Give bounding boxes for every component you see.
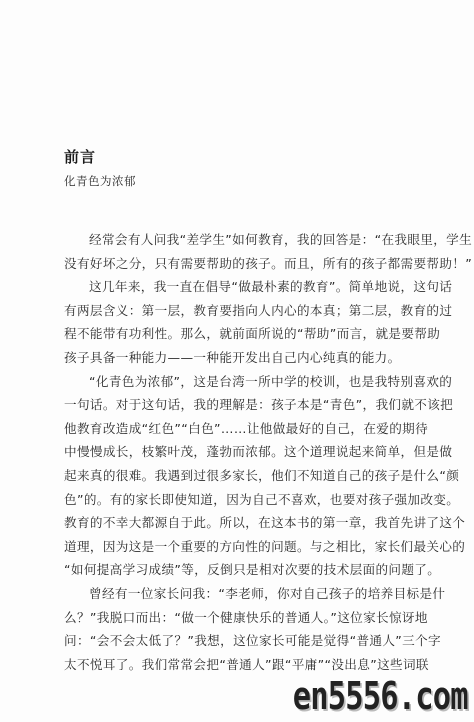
body-text: 经常会有人问我“差学生”如何教育，我的回答是：“在我眼里，学生没有好坏之分，只有… — [64, 228, 440, 676]
text-line: 色”的。有的家长即使知道，因为自己不喜欢，也要对孩子强加改变。 — [64, 488, 440, 512]
text-line: 道理，因为这是一个重要的方向性的问题。与之相比，家长们最关心的 — [64, 535, 440, 559]
text-line: 没有好坏之分，只有需要帮助的孩子。而且，所有的孩子都需要帮助！” — [64, 252, 440, 276]
watermark: en5556.com — [293, 674, 468, 718]
page-title: 前言 — [64, 146, 96, 167]
text-line: 曾经有一位家长问我：“李老师，你对自己孩子的培养目标是什 — [64, 582, 440, 606]
text-line: 一句话。对于这句话，我的理解是：孩子本是“青色”，我们就不该把 — [64, 393, 440, 417]
text-line: “如何提高学习成绩”等，反倒只是相对次要的技术层面的问题了。 — [64, 558, 440, 582]
text-line: 教育的不幸大都源自于此。所以，在这本书的第一章，我首先讲了这个 — [64, 511, 440, 535]
text-line: 问：“会不会太低了？”我想，这位家长可能是觉得“普通人”三个字 — [64, 629, 440, 653]
text-line: 起来真的很难。我遇到过很多家长，他们不知道自己的孩子是什么“颜 — [64, 464, 440, 488]
document-page: 前言 化青色为浓郁 经常会有人问我“差学生”如何教育，我的回答是：“在我眼里，学… — [0, 0, 474, 722]
text-line: 么？”我脱口而出：“做一个健康快乐的普通人。”这位家长惊讶地 — [64, 606, 440, 630]
text-line: 程不能带有功利性。那么，就前面所说的“帮助”而言，就是要帮助 — [64, 322, 440, 346]
text-line: 经常会有人问我“差学生”如何教育，我的回答是：“在我眼里，学生 — [64, 228, 440, 252]
text-line: “化青色为浓郁”，这是台湾一所中学的校训，也是我特别喜欢的 — [64, 370, 440, 394]
text-line: 中慢慢成长，枝繁叶茂，蓬勃而浓郁。这个道理说起来简单，但是做 — [64, 440, 440, 464]
page-subtitle: 化青色为浓郁 — [64, 173, 136, 189]
text-line: 他教育改造成“红色”“白色”……让他做最好的自己，在爱的期待 — [64, 417, 440, 441]
text-line: 这几年来，我一直在倡导“做最朴素的教育”。简单地说，这句话 — [64, 275, 440, 299]
text-line: 太不悦耳了。我们常常会把“普通人”跟“平庸”“没出息”这些词联 — [64, 653, 440, 677]
text-line: 有两层含义：第一层，教育要指向人内心的本真；第二层，教育的过 — [64, 299, 440, 323]
text-line: 孩子具备一种能力——一种能开发出自己内心纯真的能力。 — [64, 346, 440, 370]
